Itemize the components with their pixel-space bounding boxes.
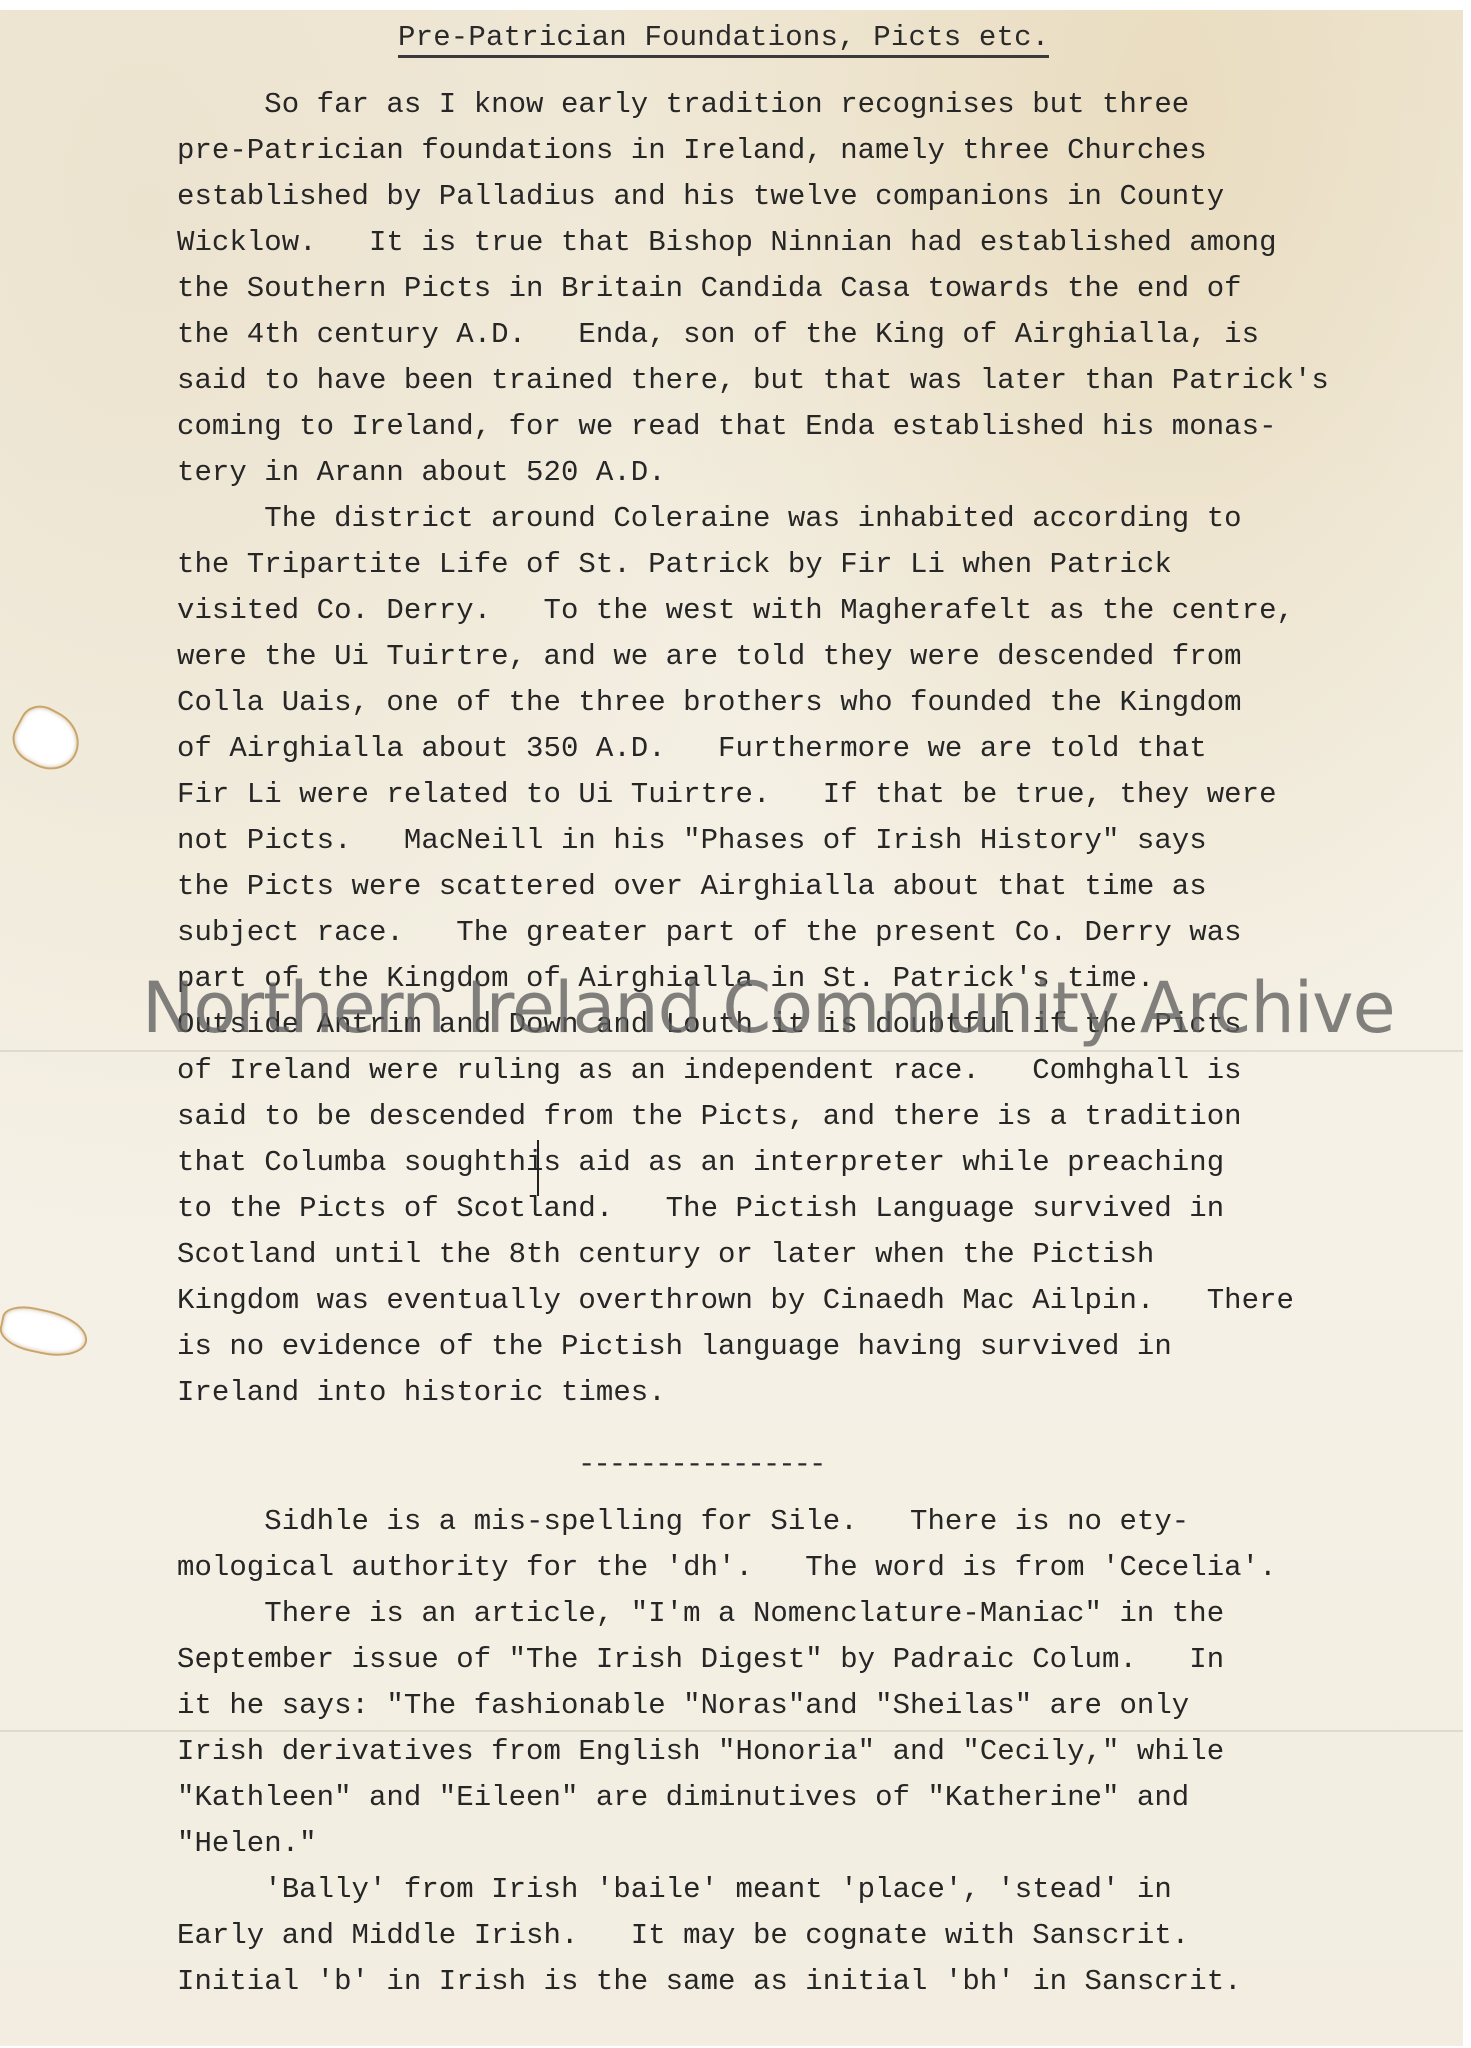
- text-line: Initial 'b' in Irish is the same as init…: [177, 1965, 1242, 1999]
- text-line: Fir Li were related to Ui Tuirtre. If th…: [177, 778, 1277, 812]
- text-line: The district around Coleraine was inhabi…: [177, 502, 1242, 536]
- text-line: Colla Uais, one of the three brothers wh…: [177, 686, 1242, 720]
- handwritten-insertion-mark: [537, 1140, 539, 1196]
- text-line: the Picts were scattered over Airghialla…: [177, 870, 1207, 904]
- text-line: mological authority for the 'dh'. The wo…: [177, 1551, 1277, 1585]
- text-line: is no evidence of the Pictish language h…: [177, 1330, 1172, 1364]
- text-line: 'Bally' from Irish 'baile' meant 'place'…: [177, 1873, 1172, 1907]
- text-line: established by Palladius and his twelve …: [177, 180, 1224, 214]
- text-line: So far as I know early tradition recogni…: [177, 88, 1189, 122]
- document-title: Pre-Patrician Foundations, Picts etc.: [398, 22, 1049, 58]
- text-line: tery in Arann about 520 A.D.: [177, 456, 666, 490]
- text-line: not Picts. MacNeill in his "Phases of Ir…: [177, 824, 1207, 858]
- text-line: "Helen.": [177, 1827, 317, 1861]
- text-line: subject race. The greater part of the pr…: [177, 916, 1242, 950]
- text-line: the 4th century A.D. Enda, son of the Ki…: [177, 318, 1259, 352]
- text-line: Irish derivatives from English "Honoria"…: [177, 1735, 1224, 1769]
- section-separator: ----------------: [578, 1448, 824, 1481]
- paper-fold-line: [0, 1050, 1463, 1052]
- text-line: Kingdom was eventually overthrown by Cin…: [177, 1284, 1294, 1318]
- punch-hole-tear: [0, 1301, 92, 1362]
- text-line: "Kathleen" and "Eileen" are diminutives …: [177, 1781, 1189, 1815]
- text-line: There is an article, "I'm a Nomenclature…: [177, 1597, 1224, 1631]
- text-line: of Ireland were ruling as an independent…: [177, 1054, 1242, 1088]
- paper-fold-line: [0, 1730, 1463, 1732]
- text-line: it he says: "The fashionable "Noras"and …: [177, 1689, 1189, 1723]
- text-line: were the Ui Tuirtre, and we are told the…: [177, 640, 1242, 674]
- punch-hole-tear: [4, 698, 90, 780]
- text-line: the Tripartite Life of St. Patrick by Fi…: [177, 548, 1172, 582]
- text-line: visited Co. Derry. To the west with Magh…: [177, 594, 1294, 628]
- text-line: September issue of "The Irish Digest" by…: [177, 1643, 1224, 1677]
- text-line: Sidhle is a mis-spelling for Sile. There…: [177, 1505, 1189, 1539]
- text-line: pre-Patrician foundations in Ireland, na…: [177, 134, 1207, 168]
- text-line: that Columba soughthis aid as an interpr…: [177, 1146, 1224, 1180]
- text-line: the Southern Picts in Britain Candida Ca…: [177, 272, 1242, 306]
- text-line: coming to Ireland, for we read that Enda…: [177, 410, 1277, 444]
- text-line: Early and Middle Irish. It may be cognat…: [177, 1919, 1189, 1953]
- text-line: said to be descended from the Picts, and…: [177, 1100, 1242, 1134]
- text-line: Scotland until the 8th century or later …: [177, 1238, 1154, 1272]
- text-line: Wicklow. It is true that Bishop Ninnian …: [177, 226, 1277, 260]
- text-line: said to have been trained there, but tha…: [177, 364, 1329, 398]
- text-line: Ireland into historic times.: [177, 1376, 666, 1410]
- text-line: of Airghialla about 350 A.D. Furthermore…: [177, 732, 1207, 766]
- archive-watermark: Northern Ireland Community Archive: [142, 968, 1395, 1048]
- text-line: to the Picts of Scotland. The Pictish La…: [177, 1192, 1224, 1226]
